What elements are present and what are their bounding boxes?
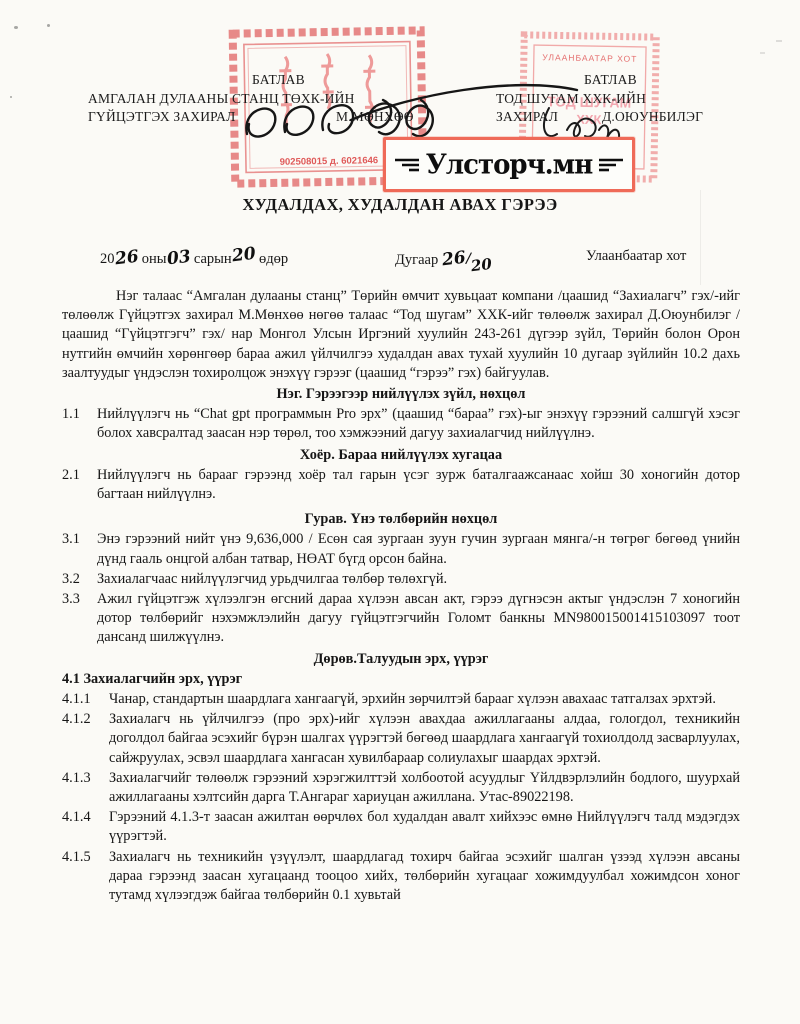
section-heading-1: Нэг. Гэрээгээр нийлүүлэх зүйл, нөхцөл <box>62 385 740 404</box>
section-heading-2: Хоёр. Бараа нийлүүлэх хугацаа <box>62 446 740 465</box>
scan-speck <box>47 24 50 27</box>
date-saryn-label: сарын <box>194 251 232 267</box>
date-odor-label: өдөр <box>259 251 288 267</box>
clause-text: Нийлүүлэгч нь “Chat gpt программын Pro э… <box>97 405 740 443</box>
clause-4-1-5: 4.1.5 Захиалагч нь техникийн үзүүлэлт, ш… <box>62 848 740 906</box>
clause-4-1-4: 4.1.4 Гэрээний 4.1.3-т заасан ажилтан өө… <box>62 808 740 846</box>
seal-right-city: УЛААНБААТАР ХОТ <box>542 52 637 64</box>
approve-left-name: М.МӨНХӨӨ <box>336 109 414 125</box>
date-year-printed: 20 <box>100 251 115 267</box>
approve-right-batlav: БАТЛАВ <box>584 72 637 88</box>
dugaar-den-handwritten: 20 <box>470 255 493 275</box>
clause-text: Захиалагч нь үйлчилгээ (про эрх)-ийг хүл… <box>109 710 740 768</box>
clause-text: Энэ гэрээний нийт үнэ 9,636,000 / Есөн с… <box>97 530 740 568</box>
clause-number: 4.1.5 <box>62 848 109 906</box>
clause-number: 4.1.3 <box>62 769 109 807</box>
clause-3-1: 3.1 Энэ гэрээний нийт үнэ 9,636,000 / Ес… <box>62 530 740 568</box>
clause-number: 4.1.4 <box>62 808 109 846</box>
clause-number: 2.1 <box>62 466 97 504</box>
section-heading-3: Гурав. Үнэ төлбөрийн нөхцөл <box>62 510 740 529</box>
date-year-handwritten: 26 <box>113 247 139 270</box>
scan-speck <box>776 40 782 42</box>
approve-left-line1: АМГАЛАН ДУЛААНЫ СТАНЦ ТӨХК-ИЙН <box>88 91 355 107</box>
clause-2-1: 2.1 Нийлүүлэгч нь барааг гэрээнд хоёр та… <box>62 466 740 504</box>
clause-number: 4.1.2 <box>62 710 109 768</box>
approve-left-batlav: БАТЛАВ <box>252 72 305 88</box>
clause-text: Захиалагчаас нийлүүлэгчид урьдчилгаа төл… <box>97 570 740 589</box>
clause-number: 1.1 <box>62 405 97 443</box>
clause-text: Захиалагчийг төлөөлж гэрээний хэрэгжилтт… <box>109 769 740 807</box>
watermark-text: Улсторч.мн <box>426 149 593 181</box>
date-line: 2026 оны03 сарын20 өдөр <box>100 248 288 268</box>
clause-4-1-2: 4.1.2 Захиалагч нь үйлчилгээ (про эрх)-и… <box>62 710 740 768</box>
wing-right-icon <box>597 156 623 174</box>
dugaar-num-handwritten: 26 <box>441 248 467 271</box>
contract-title: ХУДАЛДАХ, ХУДАЛДАН АВАХ ГЭРЭЭ <box>0 195 800 215</box>
subsection-heading-4-1: 4.1 Захиалагчийн эрх, үүрэг <box>62 670 740 689</box>
scan-speck <box>10 96 12 98</box>
clause-number: 3.2 <box>62 570 97 589</box>
clause-text: Гэрээний 4.1.3-т заасан ажилтан өөрчлөх … <box>109 808 740 846</box>
date-month-handwritten: 03 <box>165 247 191 270</box>
scan-speck <box>14 26 18 29</box>
clause-3-2: 3.2 Захиалагчаас нийлүүлэгчид урьдчилгаа… <box>62 570 740 589</box>
dugaar-label: Дугаар <box>395 252 438 268</box>
clause-3-3: 3.3 Ажил гүйцэтгэж хүлээлгэн өгсний дара… <box>62 590 740 648</box>
approve-right-name: Д.ОЮУНБИЛЭГ <box>602 109 703 125</box>
date-day-handwritten: 20 <box>231 244 257 267</box>
contract-body: Нэг талаас “Амгалан дулааны станц” Төрий… <box>62 287 740 906</box>
clause-4-1-3: 4.1.3 Захиалагчийг төлөөлж гэрээний хэрэ… <box>62 769 740 807</box>
clause-number: 4.1.1 <box>62 690 109 709</box>
clause-text: Чанар, стандартын шаардлага хангаагүй, э… <box>109 690 740 709</box>
clause-number: 3.3 <box>62 590 97 648</box>
clause-text: Захиалагч нь техникийн үзүүлэлт, шаардла… <box>109 848 740 906</box>
city-label: Улаанбаатар хот <box>586 248 686 265</box>
date-ony-label: оны <box>142 251 167 267</box>
clause-text: Ажил гүйцэтгэж хүлээлгэн өгсний дараа хү… <box>97 590 740 648</box>
scanned-contract-page: 902508015 д. 6021646 УЛААНБААТАР ХОТ ТОД… <box>0 0 800 1024</box>
ulstorch-watermark: Улсторч.мн <box>383 137 635 192</box>
approve-right-line1: ТОД ШУГАМ ХХК-ИЙН <box>496 91 646 107</box>
intro-paragraph: Нэг талаас “Амгалан дулааны станц” Төрий… <box>62 287 740 383</box>
wing-left-icon <box>395 156 421 174</box>
section-heading-4: Дөрөв.Талуудын эрх, үүрэг <box>62 650 740 669</box>
approve-right-role: ЗАХИРАЛ <box>496 109 558 125</box>
clause-text: Нийлүүлэгч нь барааг гэрээнд хоёр тал га… <box>97 466 740 504</box>
clause-4-1-1: 4.1.1 Чанар, стандартын шаардлага хангаа… <box>62 690 740 709</box>
document-number: Дугаар 26/20 <box>395 248 491 269</box>
approve-left-role: ГҮЙЦЭТГЭХ ЗАХИРАЛ <box>88 109 235 125</box>
scan-speck <box>760 52 765 54</box>
clause-1-1: 1.1 Нийлүүлэгч нь “Chat gpt программын P… <box>62 405 740 443</box>
clause-number: 3.1 <box>62 530 97 568</box>
